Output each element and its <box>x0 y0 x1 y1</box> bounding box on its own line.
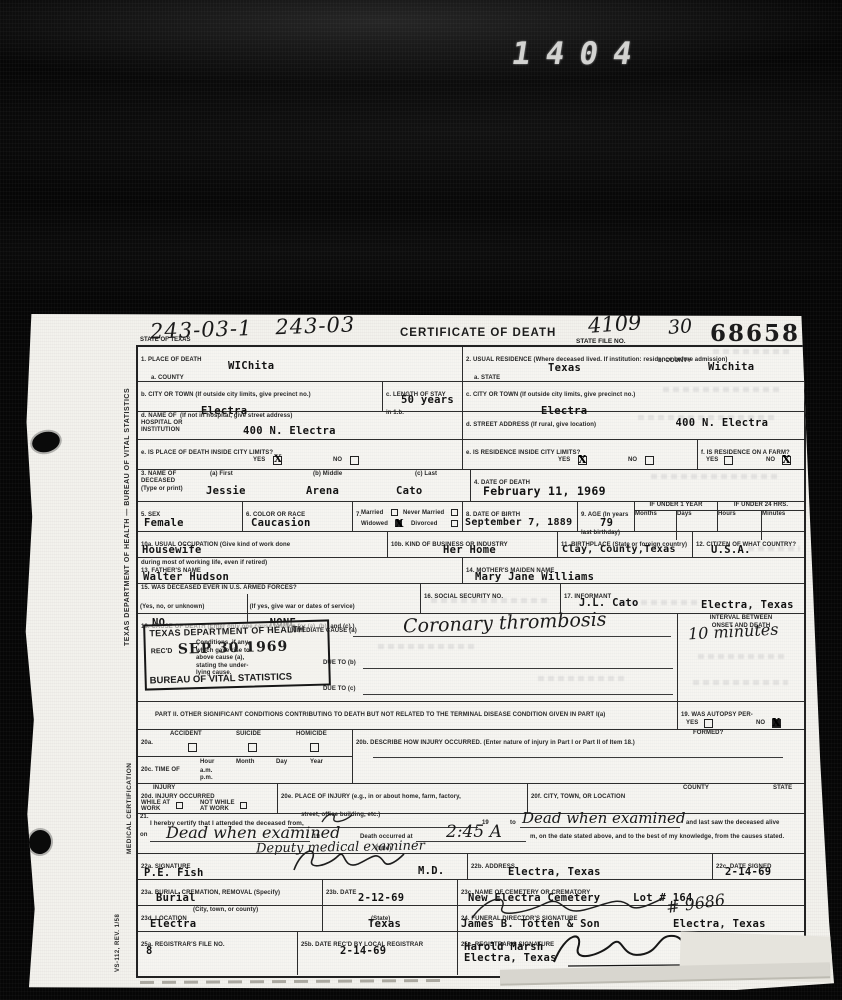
place-of-death-label: 1. PLACE OF DEATH <box>141 357 202 363</box>
informant-address[interactable]: Electra, Texas <box>701 599 794 611</box>
married-checkbox[interactable] <box>391 509 398 516</box>
armed-forces-sub1: (Yes, no, or unknown) <box>140 604 204 610</box>
first-name-label: (a) First <box>210 471 233 479</box>
suicide-checkbox[interactable] <box>248 743 257 752</box>
hw-deputy-medical-examiner[interactable]: Deputy medical examiner <box>256 839 425 857</box>
burial-date-label: 23b. DATE <box>326 890 356 896</box>
microfilm-frame-counter: 1404 <box>509 36 675 72</box>
hospital-value[interactable]: 400 N. Electra <box>243 425 336 437</box>
injury-state-label: STATE <box>773 785 792 793</box>
funeral-director-signature-scrawl <box>468 890 698 924</box>
hw-time-of-death[interactable]: 2:45 A <box>446 822 502 842</box>
due-to-c-label: DUE TO (c) <box>323 686 356 694</box>
street-address-value[interactable]: 400 N. Electra <box>676 417 769 429</box>
county-label: a. COUNTY <box>151 375 184 381</box>
farm-yes-checkbox[interactable] <box>724 456 733 465</box>
accident-label: ACCIDENT <box>170 731 202 739</box>
state-file-number: 68658 <box>710 320 800 347</box>
if-under-1-year-label: IF UNDER 1 YEAR <box>635 502 717 511</box>
immediate-cause-label: IMMEDIATE CAUSE (a) <box>290 628 357 636</box>
last-name-label: (c) Last <box>415 471 437 479</box>
res-county-label: b. COUNTY <box>658 358 691 366</box>
certify-text-2: and last saw the deceased alive <box>686 820 779 828</box>
no-label: NO <box>628 457 637 465</box>
yes-label: YES <box>253 457 265 465</box>
describe-injury-label: 20b. DESCRIBE HOW INJURY OCCURRED. (Ente… <box>356 740 635 746</box>
autopsy-no-mark: X <box>772 716 781 729</box>
deceased-label: DECEASED <box>141 478 175 486</box>
pod-yes-checkbox[interactable]: X <box>273 456 282 465</box>
occupation-value[interactable]: Housewife <box>142 544 202 556</box>
armed-forces-label: 15. WAS DECEASED EVER IN U.S. ARMED FORC… <box>138 584 420 594</box>
street-address-label: d. STREET ADDRESS (If rural, give locati… <box>466 422 596 428</box>
business-value[interactable]: Her Home <box>443 544 496 556</box>
res-yes-mark: X <box>578 453 587 466</box>
while-at-work-checkbox[interactable] <box>176 802 183 809</box>
widowed-label: Widowed <box>361 521 388 529</box>
age-value[interactable]: 79 <box>600 517 613 529</box>
physician-signature-typed[interactable]: P.E. Fish <box>144 867 204 879</box>
hw-number-2: 243-03 <box>275 312 356 339</box>
married-label: Married <box>361 510 383 518</box>
injury-county-label: COUNTY <box>683 785 709 793</box>
state-of-texas-label: STATE OF TEXAS <box>140 337 190 343</box>
item-21-number: 21. <box>140 814 149 822</box>
cause-note-1: Conditions, if any, <box>196 640 250 648</box>
burial-city-value[interactable]: Electra <box>150 918 196 930</box>
type-or-print-label: (Type or print) <box>141 486 183 494</box>
burial-location-sub: (City, town, or county) <box>193 907 258 915</box>
hw-number-30: 30 <box>667 315 693 339</box>
place-of-injury-label: 20e. PLACE OF INJURY (e.g., in or about … <box>281 794 461 800</box>
dob-value[interactable]: September 7, 1889 <box>465 517 572 528</box>
month-label: Month <box>236 759 255 767</box>
state-file-no-label: STATE FILE NO. <box>576 338 626 345</box>
to-label: to <box>510 820 516 828</box>
never-married-checkbox[interactable] <box>451 509 458 516</box>
registrar-file-no-value[interactable]: 8 <box>146 945 153 957</box>
middle-name-value[interactable]: Arena <box>306 485 339 497</box>
cause-note-3: above cause (a), <box>196 655 250 663</box>
birthplace-value[interactable]: Clay, County,Texas <box>562 544 676 555</box>
county-value[interactable]: WIChita <box>228 360 274 372</box>
res-inside-limits-label: e. IS RESIDENCE INSIDE CITY LIMITS? <box>466 450 580 456</box>
registrar-file-no-label: 25a. REGISTRAR'S FILE NO. <box>141 942 225 948</box>
homicide-label: HOMICIDE <box>296 731 327 739</box>
certificate-title: CERTIFICATE OF DEATH <box>400 327 556 339</box>
cause-note-4: stating the under- <box>196 663 250 671</box>
divorced-label: Divorced <box>411 521 437 529</box>
cause-note-2: which gave rise to <box>196 648 250 656</box>
widowed-mark: X <box>395 517 404 530</box>
accident-row-label: 20a. <box>141 740 153 746</box>
certificate-form: 1. PLACE OF DEATH a. COUNTY WIChita 2. U… <box>136 345 806 978</box>
divorced-checkbox[interactable] <box>451 520 458 527</box>
never-married-label: Never Married <box>403 510 444 518</box>
not-while-at-work-checkbox[interactable] <box>240 802 247 809</box>
date-signed-value[interactable]: 2-14-69 <box>725 866 771 878</box>
widowed-checkbox[interactable]: X <box>395 520 402 527</box>
not-while-at-work-label-2: AT WORK <box>200 806 229 814</box>
armed-forces-sub2: (If yes, give war or dates of service) <box>250 604 355 610</box>
scanned-death-certificate: 1404 243-03-1 243-03 CERTIFICATE OF DEAT… <box>0 0 842 1000</box>
time-of-injury-label: 20c. TIME OF <box>141 767 180 773</box>
length-of-stay-value[interactable]: 50 years <box>401 394 454 406</box>
day-label: Day <box>276 759 287 767</box>
first-name-value[interactable]: Jessie <box>206 485 246 497</box>
physician-md-suffix: M.D. <box>418 865 445 877</box>
hour-label: Hour <box>200 759 214 767</box>
cause-note-5: lying cause. <box>196 670 250 678</box>
sex-value[interactable]: Female <box>144 517 184 529</box>
res-yes-checkbox[interactable]: X <box>578 456 587 465</box>
punch-hole <box>27 829 52 856</box>
citizen-value[interactable]: U.S.A. <box>711 544 751 556</box>
ssn-label: 16. SOCIAL SECURITY NO. <box>424 594 503 600</box>
state-value[interactable]: Texas <box>548 362 581 374</box>
pod-no-checkbox[interactable] <box>350 456 359 465</box>
middle-name-label: (b) Middle <box>313 471 342 479</box>
hospital-label-3: INSTITUTION <box>141 427 180 435</box>
last-name-value[interactable]: Cato <box>396 485 423 497</box>
autopsy-no-checkbox[interactable]: X <box>772 719 781 728</box>
no-label: NO <box>333 457 342 465</box>
if-under-24-hrs-label: IF UNDER 24 HRS. <box>718 502 804 511</box>
hospital-label-fine: (If not in hospital, give street address… <box>180 413 292 421</box>
pod-inside-limits-label: e. IS PLACE OF DEATH INSIDE CITY LIMITS? <box>141 450 273 456</box>
registrar-date-value[interactable]: 2-14-69 <box>340 945 386 957</box>
margin-dept-label: TEXAS DEPARTMENT OF HEALTH — BUREAU OF V… <box>124 388 131 646</box>
homicide-checkbox[interactable] <box>310 743 319 752</box>
margin-medical-certification-label: MEDICAL CERTIFICATION <box>126 762 133 854</box>
due-to-b-label: DUE TO (b) <box>323 660 356 668</box>
yes-label: YES <box>558 457 570 465</box>
certificate-paper: 243-03-1 243-03 CERTIFICATE OF DEATH 410… <box>20 314 834 990</box>
while-at-work-label-2: WORK <box>141 806 160 814</box>
res-city-town-label: c. CITY OR TOWN (If outside city limits,… <box>466 392 635 398</box>
yes-label: YES <box>686 720 698 728</box>
city-town-label: b. CITY OR TOWN (If outside city limits,… <box>141 392 311 398</box>
mother-name-value[interactable]: Mary Jane Williams <box>475 571 594 583</box>
injury-city-label: 20f. CITY, TOWN, OR LOCATION <box>531 794 625 800</box>
part-2-label: PART II. OTHER SIGNIFICANT CONDITIONS CO… <box>155 712 605 718</box>
no-label: NO <box>756 720 765 728</box>
interval-value[interactable]: 10 minutes <box>688 620 779 644</box>
farm-label: f. IS RESIDENCE ON A FARM? <box>701 450 790 456</box>
form-revision-label: VS-112, REV. 1/58 <box>115 914 121 972</box>
punch-hole <box>30 429 62 455</box>
autopsy-label: 19. WAS AUTOPSY PER- <box>681 712 753 718</box>
year-label: Year <box>310 759 323 767</box>
suicide-label: SUICIDE <box>236 731 261 739</box>
father-name-value[interactable]: Walter Hudson <box>143 571 229 583</box>
state-label: a. STATE <box>474 375 500 381</box>
res-county-value[interactable]: Wichita <box>708 361 754 373</box>
farm-no-mark: X <box>782 453 791 466</box>
no-label: NO <box>766 457 775 465</box>
burial-value[interactable]: Burial <box>156 892 196 904</box>
pencil-scribble <box>140 979 440 984</box>
accident-checkbox[interactable] <box>188 743 197 752</box>
stamp-recd-label: REC'D <box>151 648 173 656</box>
burial-date-value[interactable]: 2-12-69 <box>358 892 404 904</box>
yes-label: YES <box>706 457 718 465</box>
autopsy-yes-checkbox[interactable] <box>704 719 713 728</box>
res-no-checkbox[interactable] <box>645 456 654 465</box>
certify-text-5: m, on the date stated above, and to the … <box>530 834 784 842</box>
physician-address-value[interactable]: Electra, Texas <box>508 866 601 878</box>
race-value[interactable]: Caucasion <box>251 517 311 529</box>
hw-dead-when-examined-1[interactable]: Dead when examined <box>522 809 685 827</box>
registrar-typed-address[interactable]: Electra, Texas <box>464 952 557 964</box>
date-of-death-value[interactable]: February 11, 1969 <box>483 484 606 498</box>
on-label: on <box>140 832 148 840</box>
pm-label: p.m. <box>200 775 213 783</box>
informant-name[interactable]: J.L. Cato <box>579 597 639 609</box>
burial-state-value[interactable]: Texas <box>368 918 401 930</box>
pod-yes-mark: X <box>274 454 282 465</box>
farm-no-checkbox[interactable]: X <box>782 456 791 465</box>
